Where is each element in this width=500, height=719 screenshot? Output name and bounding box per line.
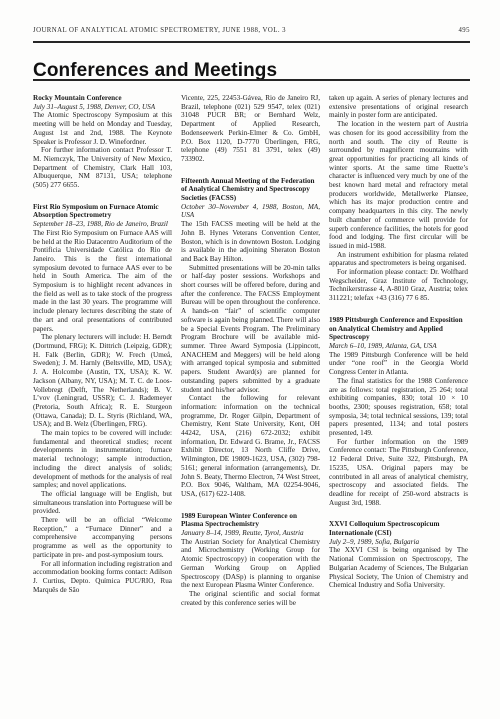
article-title: First Rio Symposium on Furnace Atomic Ab… [33, 203, 172, 220]
text-columns: Rocky Mountain Conference July 31–August… [33, 94, 470, 607]
article-title: 1989 Pittsburgh Conference and Expositio… [329, 316, 468, 342]
article-date: October 30–November 4, 1988, Boston, MA,… [181, 203, 320, 220]
paragraph: An instrument exhibition for plasma rela… [329, 251, 468, 268]
top-rule [33, 41, 470, 43]
journal-page: JOURNAL OF ANALYTICAL ATOMIC SPECTROMETR… [0, 0, 500, 719]
column-1: Rocky Mountain Conference July 31–August… [33, 94, 172, 594]
article-date: March 6–10, 1989, Atlanta, GA, USA [329, 342, 468, 351]
column-3: taken up again. A series of plenary lect… [329, 94, 468, 590]
article-title: XXVI Colloquium Spectroscopicum Internat… [329, 520, 468, 537]
article-title: 1989 European Winter Conference on Plasm… [181, 512, 320, 529]
paragraph: For further information on the 1989 Conf… [329, 438, 468, 508]
paragraph: For information please contact: Dr. Wolf… [329, 268, 468, 303]
paragraph: The XXVI CSI is being organised by The N… [329, 546, 468, 590]
paragraph: The location in the western part of Aust… [329, 120, 468, 251]
running-head: JOURNAL OF ANALYTICAL ATOMIC SPECTROMETR… [33, 27, 470, 34]
paragraph: The final statistics for the 1988 Confer… [329, 377, 468, 438]
paragraph: The 1989 Pittsburgh Conference will be h… [329, 351, 468, 377]
continuation-paragraph: taken up again. A series of plenary lect… [329, 94, 468, 120]
paragraph: For all information including registrati… [33, 560, 172, 595]
paragraph: Submitted presentations will be 20-min t… [181, 264, 320, 395]
paragraph: The 15th FACSS meeting will be held at t… [181, 220, 320, 264]
paragraph: For further information contact Professo… [33, 146, 172, 190]
article-date: January 8–14, 1989, Reutte, Tyrol, Austr… [181, 529, 320, 538]
title-rule [33, 79, 470, 81]
continuation-paragraph: Vicente, 225, 22453-Gávea, Rio de Janeir… [181, 94, 320, 164]
paragraph: The Austrian Society for Analytical Chem… [181, 538, 320, 590]
journal-line: JOURNAL OF ANALYTICAL ATOMIC SPECTROMETR… [33, 27, 286, 34]
article-title: Fifteenth Annual Meeting of the Federati… [181, 177, 320, 203]
paragraph: The plenary lecturers will include: H. B… [33, 333, 172, 429]
column-2: Vicente, 225, 22453-Gávea, Rio de Janeir… [181, 94, 320, 607]
paragraph: The First Rio Symposium on Furnace AAS w… [33, 229, 172, 333]
page-number: 495 [458, 27, 470, 34]
paragraph: Contact the following for relevant infor… [181, 394, 320, 498]
article-date: July 2–9, 1989, Sofia, Bulgaria [329, 538, 468, 547]
article-date: September 18–23, 1988, Rio de Janeiro, B… [33, 220, 172, 229]
article-date: July 31–August 5, 1988, Denver, CO, USA [33, 103, 172, 112]
article-title: Rocky Mountain Conference [33, 94, 172, 103]
paragraph: The official language will be English, b… [33, 490, 172, 516]
paragraph: There will be an official “Welcome Recep… [33, 516, 172, 560]
paragraph: The original scientific and social forma… [181, 590, 320, 607]
paragraph: The Atomic Spectroscopy Symposium at thi… [33, 111, 172, 146]
paragraph: The main topics to be covered will inclu… [33, 429, 172, 490]
